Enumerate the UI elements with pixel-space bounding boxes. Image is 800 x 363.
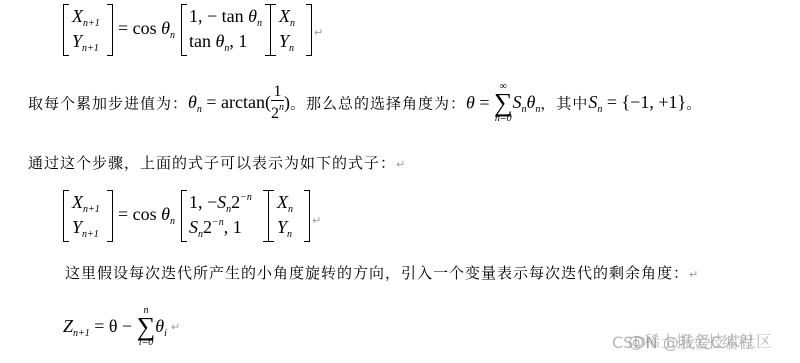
rhs-vector: Xn Yn (270, 4, 312, 56)
equals-cos: = cos θn (118, 18, 175, 41)
paragraph-mark: ↵ (312, 214, 321, 227)
fraction: 12n (271, 84, 284, 122)
summation: n∑i=0 (137, 306, 156, 348)
paragraph-transform-intro: 通过这个步骤，上面的式子可以表示为如下的式子：↵ (28, 152, 405, 173)
paragraph-mark: ↵ (689, 268, 698, 281)
rotation-matrix: 1, − tan θn tan θn, 1 (181, 4, 271, 56)
equals-cos: = cos θn (118, 204, 175, 227)
lhs-vector: Xn+1 Yn+1 (63, 4, 113, 56)
paragraph-mark: ↵ (171, 321, 180, 334)
paragraph-mark: ↵ (314, 26, 323, 39)
watermark-juejin: @稀土掘金技术社区 (628, 329, 772, 352)
paragraph-mark: ↵ (396, 158, 405, 171)
lhs-vector: Xn+1 Yn+1 (63, 190, 113, 242)
rhs-vector: Xn Yn (268, 190, 310, 242)
paragraph-remaining-angle: 这里假设每次迭代所产生的小角度旋转的方向，引入一个变量表示每次迭代的剩余角度：↵ (65, 262, 698, 283)
summation: ∞∑n=0 (494, 82, 513, 124)
equation-3: Zn+1 = θ − n∑i=0θi ↵ (63, 306, 180, 356)
paragraph-step-value: 取每个累加步进值为：θn = arctan(12n)。那么总的选择角度为：θ =… (28, 82, 702, 132)
shift-matrix: 1, −Sn2−n Sn2−n, 1 (181, 190, 269, 242)
